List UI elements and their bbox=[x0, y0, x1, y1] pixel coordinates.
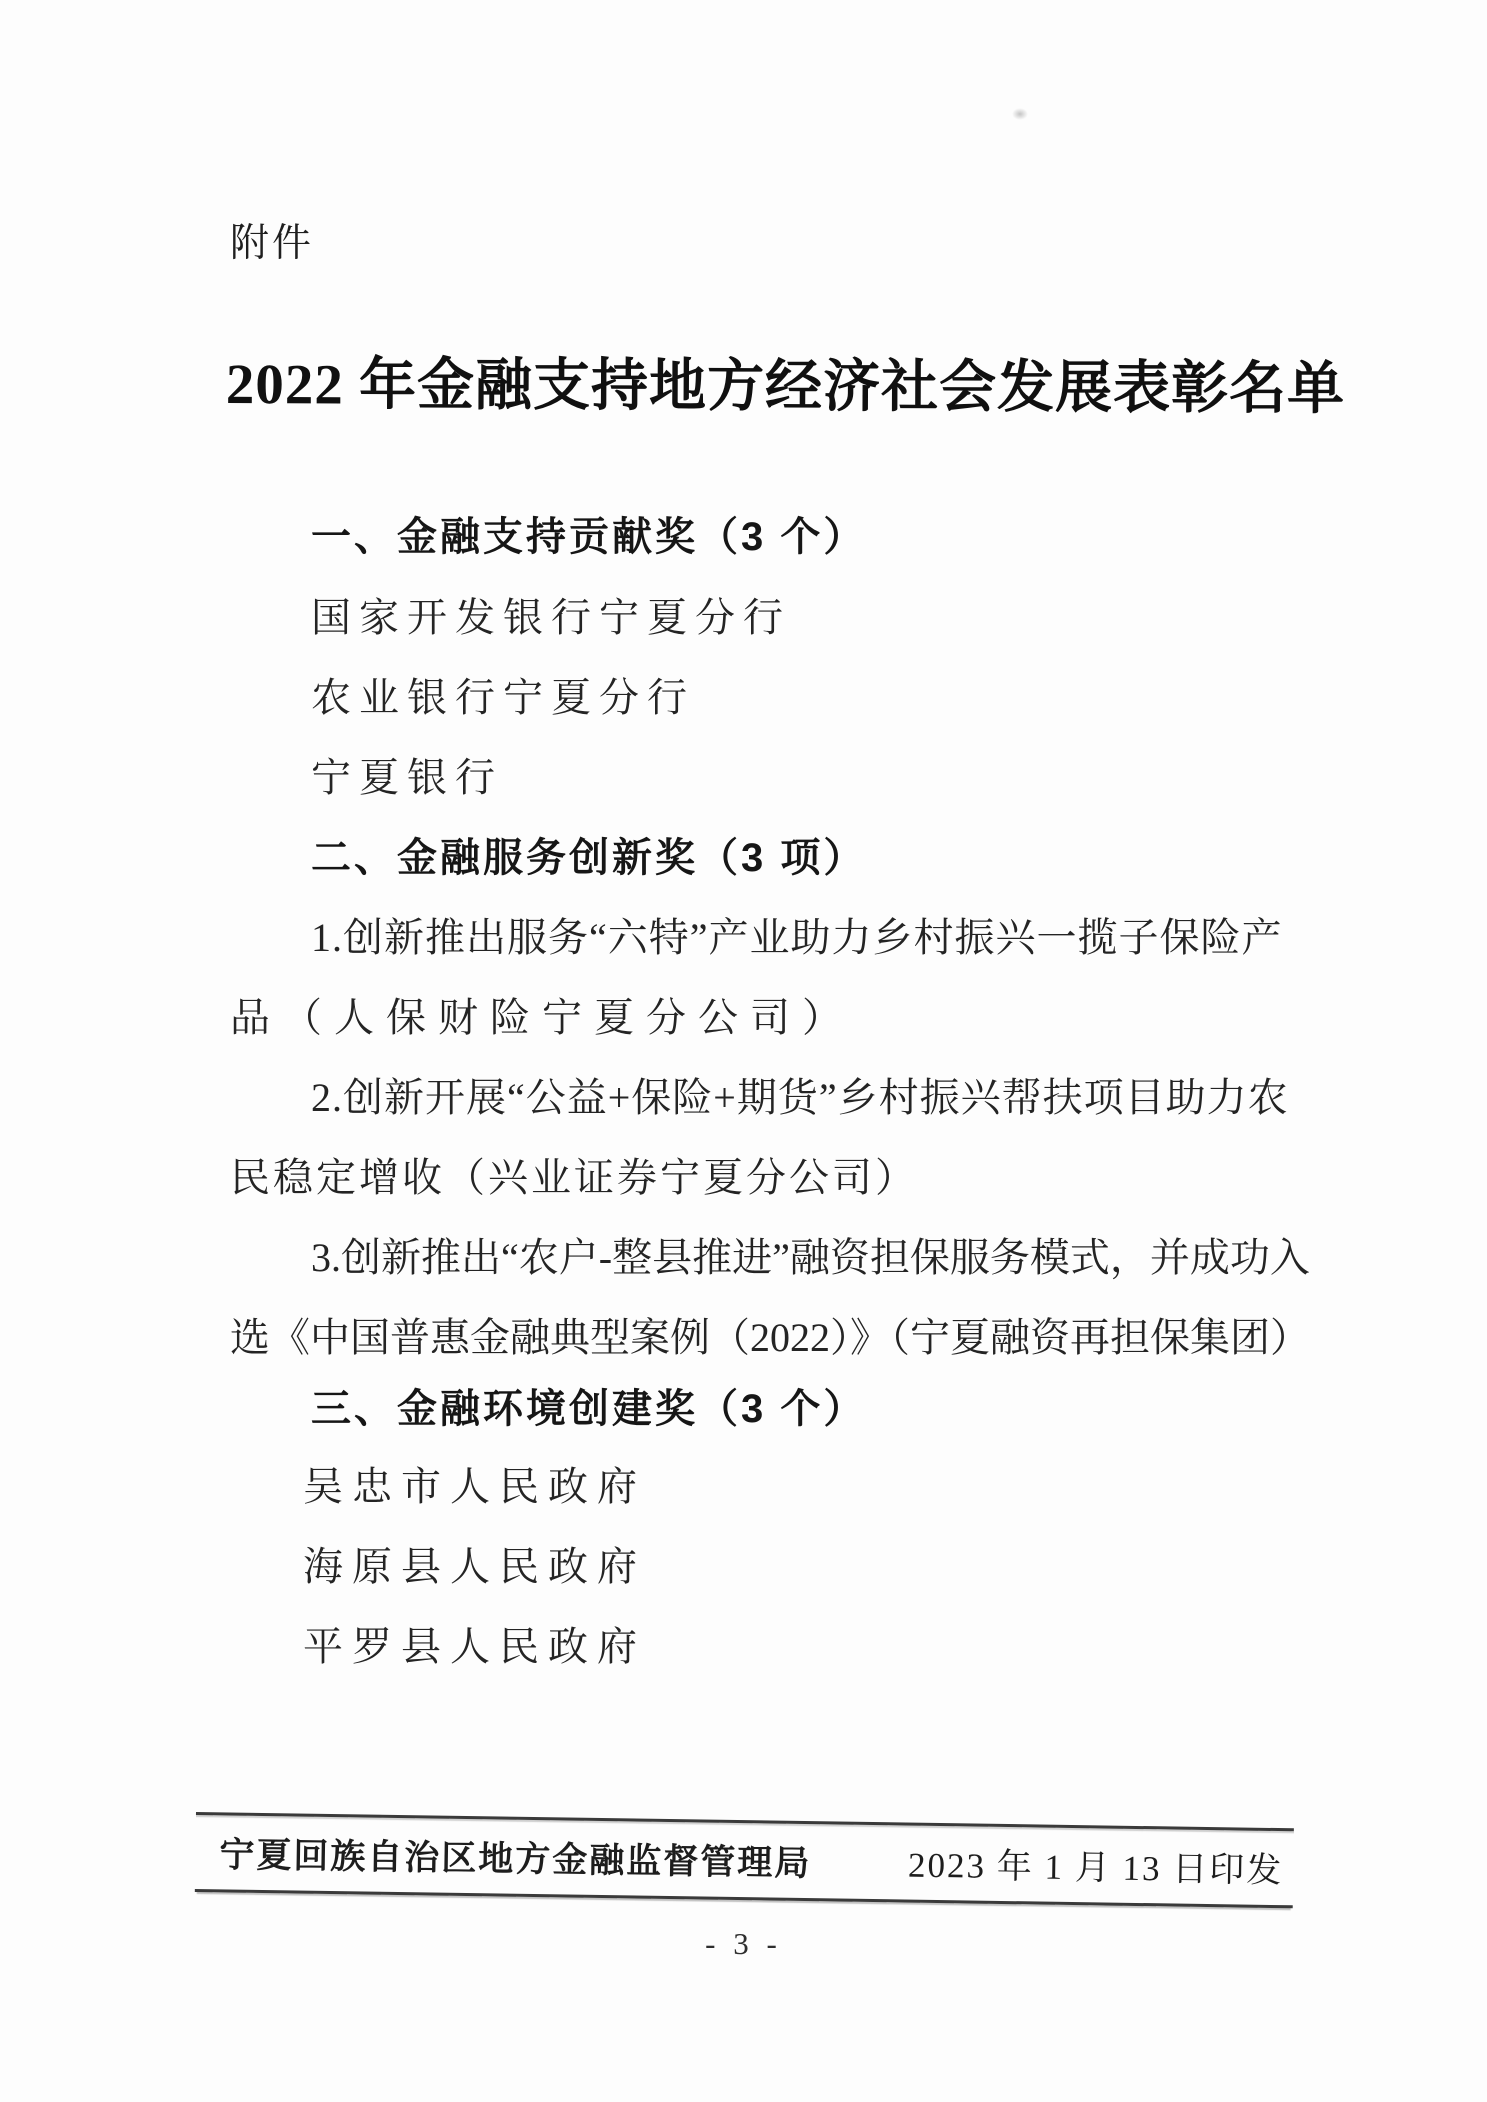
award-item: 宁夏银行 bbox=[311, 755, 503, 801]
paragraph-line: 3.创新推出“农户-整县推进”融资担保服务模式，并成功入 bbox=[311, 1235, 1310, 1281]
section-heading-3: 三、金融环境创建奖（3 个） bbox=[311, 1386, 866, 1432]
footer-issuer: 宁夏回族自治区地方金融监督管理局 bbox=[219, 1827, 812, 1886]
paragraph-line: 2.创新开展“公益+保险+期货”乡村振兴帮扶项目助力农 bbox=[311, 1075, 1289, 1121]
section-heading-2: 二、金融服务创新奖（3 项） bbox=[311, 835, 866, 881]
section-heading-1: 一、金融支持贡献奖（3 个） bbox=[311, 514, 866, 560]
paragraph-line: 选《中国普惠金融典型案例（2022）》（宁夏融资再担保集团） bbox=[230, 1315, 1310, 1361]
award-item: 海原县人民政府 bbox=[303, 1544, 646, 1590]
footer-print-date: 2023 年 1 月 13 日印发 bbox=[908, 1838, 1284, 1894]
attachment-label: 附件 bbox=[230, 222, 314, 267]
paragraph-line: 1.创新推出服务“六特”产业助力乡村振兴一揽子保险产 bbox=[311, 915, 1283, 961]
scan-artifact bbox=[1012, 108, 1028, 120]
page-number: - 3 - bbox=[0, 1926, 1487, 1962]
award-item: 农业银行宁夏分行 bbox=[311, 675, 695, 721]
award-item: 吴忠市人民政府 bbox=[303, 1464, 646, 1510]
footer-rule-box: 宁夏回族自治区地方金融监督管理局 2023 年 1 月 13 日印发 bbox=[195, 1812, 1294, 1908]
award-item: 国家开发银行宁夏分行 bbox=[311, 595, 791, 641]
paragraph-line: 民稳定增收（兴业证券宁夏分公司） bbox=[230, 1155, 918, 1201]
award-item: 平罗县人民政府 bbox=[303, 1624, 646, 1670]
scanned-document-page: 附件 2022 年金融支持地方经济社会发展表彰名单 一、金融支持贡献奖（3 个）… bbox=[0, 0, 1487, 2102]
document-title: 2022 年金融支持地方经济社会发展表彰名单 bbox=[226, 352, 1346, 422]
paragraph-line: 品（人保财险宁夏分公司） bbox=[230, 995, 854, 1041]
